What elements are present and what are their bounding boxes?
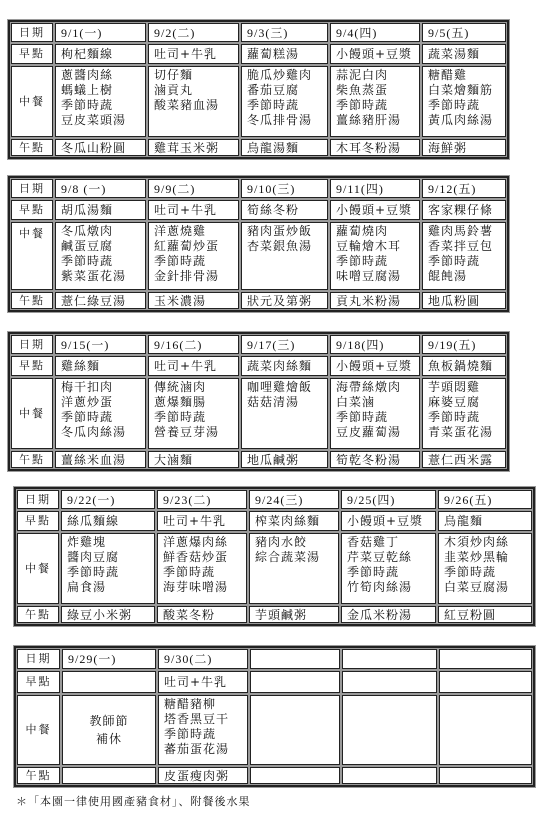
lunch-item: 冬瓜肉絲湯 — [61, 425, 146, 440]
lunch-item: 季節時蔬 — [164, 727, 248, 742]
breakfast-cell: 胡瓜湯麵 — [54, 199, 147, 221]
snack-cell — [341, 766, 438, 785]
breakfast-cell: 枸杞麵線 — [54, 43, 147, 65]
lunch-item: 蘿蔔燒肉 — [336, 224, 420, 239]
date-cell: 9/11(四) — [329, 178, 421, 199]
lunch-item: 豆輪燴木耳 — [336, 239, 420, 254]
breakfast-cell: 小饅頭+豆漿 — [329, 199, 421, 221]
lunch-item: 冬瓜排骨湯 — [247, 113, 328, 128]
breakfast-cell: 小饅頭+豆漿 — [329, 43, 421, 65]
breakfast-cell: 絲瓜麵線 — [60, 510, 156, 532]
lunch-item: 紅蘿蔔炒蛋 — [154, 239, 239, 254]
date-cell: 9/24(三) — [248, 489, 340, 510]
breakfast-cell: 筍絲冬粉 — [240, 199, 329, 221]
lunch-item: 番茄豆腐 — [247, 83, 328, 98]
menu-week-1: 日期 9/1(一) 9/2(二) 9/3(三) 9/4(四) 9/5(五) 早點… — [8, 20, 509, 159]
lunch-item: 蒜泥白肉 — [336, 68, 420, 83]
lunch-item: 白菜滷 — [336, 395, 420, 410]
row-label-date: 日期 — [16, 489, 60, 510]
holiday-note: 教師節補休 — [61, 694, 157, 766]
breakfast-cell: 蘿蔔糕湯 — [240, 43, 329, 65]
row-label-lunch: 中餐 — [10, 221, 54, 291]
breakfast-cell: 吐司+牛乳 — [147, 355, 240, 377]
lunch-item: 洋蔥燒雞 — [154, 224, 239, 239]
row-label-lunch: 中餐 — [10, 65, 54, 138]
lunch-item: 蕃茄蛋花湯 — [164, 742, 248, 757]
breakfast-cell: 小饅頭+豆漿 — [340, 510, 437, 532]
lunch-item: 金針排骨湯 — [154, 269, 239, 284]
breakfast-cell: 吐司+牛乳 — [156, 510, 248, 532]
lunch-item: 紫菜蛋花湯 — [61, 269, 146, 284]
lunch-item: 扁食湯 — [67, 580, 155, 595]
date-cell: 9/25(四) — [340, 489, 437, 510]
date-cell: 9/10(三) — [240, 178, 329, 199]
row-label-lunch: 中餐 — [10, 377, 54, 450]
lunch-item: 季節時蔬 — [428, 98, 506, 113]
breakfast-cell — [249, 670, 341, 694]
snack-cell: 金瓜米粉湯 — [340, 605, 437, 624]
lunch-item: 季節時蔬 — [61, 98, 146, 113]
snack-cell: 紅豆粉圓 — [437, 605, 533, 624]
lunch-item: 白菜燴麵筋 — [428, 83, 506, 98]
breakfast-cell: 榨菜肉絲麵 — [248, 510, 340, 532]
holiday-line: 補休 — [62, 730, 156, 748]
date-cell: 9/18(四) — [329, 334, 421, 355]
breakfast-cell: 吐司+牛乳 — [157, 670, 249, 694]
menu-week-3: 日期 9/15(一) 9/16(二) 9/17(三) 9/18(四) 9/19(… — [8, 332, 509, 471]
menu-week-2: 日期 9/8 (一) 9/9(二) 9/10(三) 9/11(四) 9/12(五… — [8, 176, 509, 312]
lunch-item: 韭菜炒黑輪 — [444, 550, 532, 565]
date-cell: 9/29(一) — [61, 648, 157, 670]
snack-cell: 筍乾冬粉湯 — [329, 450, 421, 469]
lunch-item: 香菜拌豆包 — [428, 239, 506, 254]
date-cell: 9/3(三) — [240, 22, 329, 43]
lunch-item: 竹筍肉絲湯 — [347, 580, 436, 595]
lunch-item: 糖醋雞 — [428, 68, 506, 83]
snack-cell: 木耳冬粉湯 — [329, 138, 421, 157]
row-label-snack: 午點 — [16, 766, 61, 785]
breakfast-cell: 吐司+牛乳 — [147, 199, 240, 221]
date-cell: 9/12(五) — [421, 178, 507, 199]
lunch-item: 黃瓜肉絲湯 — [428, 113, 506, 128]
row-label-breakfast: 早點 — [10, 199, 54, 221]
lunch-cell: 豬肉水餃綜合蔬菜湯 — [248, 532, 340, 605]
lunch-cell — [438, 694, 533, 766]
lunch-item: 梅干扣肉 — [61, 380, 146, 395]
lunch-item: 傳統滷肉 — [154, 380, 239, 395]
breakfast-cell: 雞絲麵 — [54, 355, 147, 377]
date-cell: 9/17(三) — [240, 334, 329, 355]
lunch-cell: 梅干扣肉洋蔥炒蛋季節時蔬冬瓜肉絲湯 — [54, 377, 147, 450]
lunch-item: 切仔麵 — [154, 68, 239, 83]
lunch-item: 季節時蔬 — [444, 565, 532, 580]
date-cell: 9/23(二) — [156, 489, 248, 510]
menu-week-5: 日期 9/29(一) 9/30(二) 早點 吐司+牛乳 中餐 教師節補休 糖醋豬… — [14, 646, 535, 787]
lunch-item: 蔥醬肉絲 — [61, 68, 146, 83]
lunch-cell: 木須炒肉絲韭菜炒黑輪季節時蔬白菜豆腐湯 — [437, 532, 533, 605]
date-cell: 9/2(二) — [147, 22, 240, 43]
lunch-item: 豆皮菜頭湯 — [61, 113, 146, 128]
breakfast-cell: 小饅頭+豆漿 — [329, 355, 421, 377]
lunch-cell: 洋蔥爆肉絲鮮香菇炒蛋季節時蔬海芽味噌湯 — [156, 532, 248, 605]
lunch-item: 季節時蔬 — [428, 410, 506, 425]
lunch-item: 薑絲豬肝湯 — [336, 113, 420, 128]
lunch-item: 季節時蔬 — [336, 254, 420, 269]
lunch-item: 季節時蔬 — [336, 410, 420, 425]
snack-cell — [438, 766, 533, 785]
lunch-item: 季節時蔬 — [247, 98, 328, 113]
row-label-lunch: 中餐 — [16, 532, 60, 605]
lunch-item: 豬肉蛋炒飯 — [247, 224, 328, 239]
snack-cell: 地瓜粉圓 — [421, 291, 507, 310]
date-cell: 9/5(五) — [421, 22, 507, 43]
lunch-item: 蔥爆麵腸 — [154, 395, 239, 410]
breakfast-cell: 蔬菜湯麵 — [421, 43, 507, 65]
lunch-cell: 傳統滷肉蔥爆麵腸季節時蔬營養豆芽湯 — [147, 377, 240, 450]
breakfast-cell: 烏龍麵 — [437, 510, 533, 532]
row-label-breakfast: 早點 — [10, 43, 54, 65]
date-cell: 9/30(二) — [157, 648, 249, 670]
snack-cell: 雞茸玉米粥 — [147, 138, 240, 157]
breakfast-cell — [341, 670, 438, 694]
lunch-item: 芹菜豆乾絲 — [347, 550, 436, 565]
lunch-item: 綜合蔬菜湯 — [255, 550, 339, 565]
date-cell — [249, 648, 341, 670]
lunch-item: 季節時蔬 — [61, 410, 146, 425]
snack-cell: 薏仁綠豆湯 — [54, 291, 147, 310]
snack-cell: 冬瓜山粉圓 — [54, 138, 147, 157]
lunch-item: 滷貢丸 — [154, 83, 239, 98]
row-label-date: 日期 — [16, 648, 61, 670]
date-cell: 9/8 (一) — [54, 178, 147, 199]
snack-cell: 狀元及第粥 — [240, 291, 329, 310]
date-cell: 9/26(五) — [437, 489, 533, 510]
row-label-snack: 午點 — [10, 138, 54, 157]
row-label-snack: 午點 — [16, 605, 60, 624]
breakfast-cell: 魚板鍋燒麵 — [421, 355, 507, 377]
lunch-item: 螞蟻上樹 — [61, 83, 146, 98]
snack-cell: 地瓜鹹粥 — [240, 450, 329, 469]
date-cell — [438, 648, 533, 670]
lunch-item: 季節時蔬 — [61, 254, 146, 269]
lunch-item: 青菜蛋花湯 — [428, 425, 506, 440]
lunch-item: 冬瓜燉肉 — [61, 224, 146, 239]
row-label-lunch: 中餐 — [16, 694, 61, 766]
lunch-item: 餛飩湯 — [428, 269, 506, 284]
snack-cell: 大滷麵 — [147, 450, 240, 469]
snack-cell: 海鮮粥 — [421, 138, 507, 157]
lunch-item: 季節時蔬 — [154, 254, 239, 269]
snack-cell: 貢丸米粉湯 — [329, 291, 421, 310]
lunch-cell: 豬肉蛋炒飯杏菜銀魚湯 — [240, 221, 329, 291]
snack-cell: 烏龍湯麵 — [240, 138, 329, 157]
lunch-item: 白菜豆腐湯 — [444, 580, 532, 595]
snack-cell: 薑絲米血湯 — [54, 450, 147, 469]
lunch-cell: 香菇雞丁芹菜豆乾絲季節時蔬竹筍肉絲湯 — [340, 532, 437, 605]
lunch-item: 柴魚蒸蛋 — [336, 83, 420, 98]
snack-cell: 玉米濃湯 — [147, 291, 240, 310]
holiday-line: 教師節 — [62, 712, 156, 730]
date-cell: 9/9(二) — [147, 178, 240, 199]
lunch-item: 炸雞塊 — [67, 535, 155, 550]
date-cell: 9/22(一) — [60, 489, 156, 510]
lunch-item: 雞肉馬鈴薯 — [428, 224, 506, 239]
lunch-item: 海芽味噌湯 — [163, 580, 247, 595]
snack-cell — [61, 766, 157, 785]
lunch-cell — [341, 694, 438, 766]
breakfast-cell — [61, 670, 157, 694]
date-cell: 9/16(二) — [147, 334, 240, 355]
row-label-breakfast: 早點 — [16, 510, 60, 532]
row-label-breakfast: 早點 — [16, 670, 61, 694]
lunch-item: 木須炒肉絲 — [444, 535, 532, 550]
lunch-item: 鮮香菇炒蛋 — [163, 550, 247, 565]
lunch-cell: 糖醋雞白菜燴麵筋季節時蔬黃瓜肉絲湯 — [421, 65, 507, 138]
lunch-item: 糖醋豬柳 — [164, 697, 248, 712]
row-label-snack: 午點 — [10, 291, 54, 310]
lunch-cell — [249, 694, 341, 766]
breakfast-cell — [438, 670, 533, 694]
lunch-cell: 咖哩雞燴飯菇菇清湯 — [240, 377, 329, 450]
lunch-item: 營養豆芽湯 — [154, 425, 239, 440]
snack-cell: 薏仁西米露 — [421, 450, 507, 469]
lunch-item: 季節時蔬 — [163, 565, 247, 580]
breakfast-cell: 蔬菜肉絲麵 — [240, 355, 329, 377]
breakfast-cell: 客家粿仔條 — [421, 199, 507, 221]
lunch-item: 季節時蔬 — [67, 565, 155, 580]
lunch-item: 季節時蔬 — [154, 410, 239, 425]
row-label-breakfast: 早點 — [10, 355, 54, 377]
date-cell — [341, 648, 438, 670]
date-cell: 9/15(一) — [54, 334, 147, 355]
lunch-item: 季節時蔬 — [336, 98, 420, 113]
breakfast-cell: 吐司+牛乳 — [147, 43, 240, 65]
row-label-date: 日期 — [10, 334, 54, 355]
row-label-date: 日期 — [10, 22, 54, 43]
lunch-cell: 蔥醬肉絲螞蟻上樹季節時蔬豆皮菜頭湯 — [54, 65, 147, 138]
date-cell: 9/19(五) — [421, 334, 507, 355]
lunch-item: 菇菇清湯 — [247, 395, 328, 410]
lunch-cell: 糖醋豬柳塔香黑豆干季節時蔬蕃茄蛋花湯 — [157, 694, 249, 766]
snack-cell: 酸菜冬粉 — [156, 605, 248, 624]
lunch-cell: 蒜泥白肉柴魚蒸蛋季節時蔬薑絲豬肝湯 — [329, 65, 421, 138]
lunch-item: 酸菜豬血湯 — [154, 98, 239, 113]
lunch-item: 脆瓜炒雞肉 — [247, 68, 328, 83]
snack-cell — [249, 766, 341, 785]
menu-week-4: 日期 9/22(一) 9/23(二) 9/24(三) 9/25(四) 9/26(… — [14, 487, 535, 626]
lunch-item: 醬肉豆腐 — [67, 550, 155, 565]
lunch-cell: 雞肉馬鈴薯香菜拌豆包季節時蔬餛飩湯 — [421, 221, 507, 291]
lunch-item: 海帶絲燉肉 — [336, 380, 420, 395]
row-label-snack: 午點 — [10, 450, 54, 469]
lunch-cell: 芋頭悶雞麻婆豆腐季節時蔬青菜蛋花湯 — [421, 377, 507, 450]
lunch-item: 味噌豆腐湯 — [336, 269, 420, 284]
lunch-cell: 蘿蔔燒肉豆輪燴木耳季節時蔬味噌豆腐湯 — [329, 221, 421, 291]
date-cell: 9/4(四) — [329, 22, 421, 43]
lunch-cell: 冬瓜燉肉鹹蛋豆腐季節時蔬紫菜蛋花湯 — [54, 221, 147, 291]
lunch-item: 咖哩雞燴飯 — [247, 380, 328, 395]
lunch-item: 豬肉水餃 — [255, 535, 339, 550]
snack-cell: 綠豆小米粥 — [60, 605, 156, 624]
lunch-cell: 脆瓜炒雞肉番茄豆腐季節時蔬冬瓜排骨湯 — [240, 65, 329, 138]
footnote: ＊「本園一律使用國產豬食材」、附餐後水果 — [16, 793, 251, 809]
lunch-item: 塔香黑豆干 — [164, 712, 248, 727]
lunch-item: 季節時蔬 — [428, 254, 506, 269]
lunch-item: 豆皮蘿蔔湯 — [336, 425, 420, 440]
lunch-cell: 炸雞塊醬肉豆腐季節時蔬扁食湯 — [60, 532, 156, 605]
date-cell: 9/1(一) — [54, 22, 147, 43]
row-label-date: 日期 — [10, 178, 54, 199]
snack-cell: 芋頭鹹粥 — [248, 605, 340, 624]
lunch-item: 季節時蔬 — [347, 565, 436, 580]
snack-cell: 皮蛋瘦肉粥 — [157, 766, 249, 785]
lunch-cell: 海帶絲燉肉白菜滷季節時蔬豆皮蘿蔔湯 — [329, 377, 421, 450]
lunch-item: 香菇雞丁 — [347, 535, 436, 550]
lunch-item: 杏菜銀魚湯 — [247, 239, 328, 254]
lunch-item: 洋蔥爆肉絲 — [163, 535, 247, 550]
lunch-item: 洋蔥炒蛋 — [61, 395, 146, 410]
lunch-cell: 切仔麵滷貢丸酸菜豬血湯 — [147, 65, 240, 138]
lunch-item: 芋頭悶雞 — [428, 380, 506, 395]
lunch-cell: 洋蔥燒雞紅蘿蔔炒蛋季節時蔬金針排骨湯 — [147, 221, 240, 291]
lunch-item: 鹹蛋豆腐 — [61, 239, 146, 254]
lunch-item: 麻婆豆腐 — [428, 395, 506, 410]
